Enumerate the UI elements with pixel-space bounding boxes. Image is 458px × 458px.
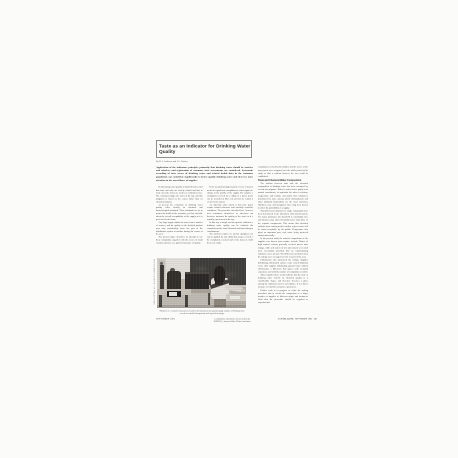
- footer-left: SEPTEMBER 1982: [156, 318, 186, 323]
- paragraph: In the present study the mineral composi…: [258, 237, 308, 258]
- column3-continued-paragraph: complaints received by the utilities and…: [258, 166, 308, 178]
- paragraph: An objection often raised is that taste …: [207, 204, 254, 222]
- abstract: Application of the indicators principle,…: [156, 166, 253, 183]
- photo-grain-overlay: [157, 258, 246, 308]
- body-column-2: From an epidemiological point of view it…: [207, 186, 254, 258]
- paragraph: From an epidemiological point of view it…: [207, 186, 254, 204]
- paragraph: In discussing water quality it should fi…: [156, 186, 203, 204]
- paragraph: Further work is in progress to refine th…: [258, 289, 308, 304]
- article-title-box: Taste as an Indicator for Drinking Water…: [156, 140, 252, 158]
- paragraph: Threshold concentrations for single comp…: [258, 209, 308, 236]
- paragraph: The relation between taste and the chemi…: [258, 182, 308, 209]
- scanned-page: Taste as an Indicator for Drinking Water…: [0, 0, 458, 458]
- paragraph: The method requires no special equipment…: [207, 233, 254, 245]
- paragraph: Chlorination also influenced the ratings…: [258, 258, 308, 273]
- photo-credit-vertical: PHOTOGRAPH COURTESY OF THE AUTHORS: [153, 259, 157, 307]
- footer-center: A contribution submitted to and selected…: [203, 318, 261, 325]
- paragraph: Taken together these results indicate th…: [258, 273, 308, 288]
- article-photo: [157, 258, 246, 308]
- body-column-1: In discussing water quality it should fi…: [156, 186, 203, 258]
- byline: By B. J. Anderson and J. L. Partner: [156, 160, 253, 165]
- paragraph: The present paper describes an attempt t…: [156, 236, 203, 245]
- article-title-line1: Taste as an Indicator for Drinking Water: [159, 143, 252, 149]
- paragraph: Any large supply obtains its water from …: [156, 221, 203, 236]
- column3-paragraphs: The relation between taste and the chemi…: [258, 182, 308, 304]
- body-column-3: complaints received by the utilities and…: [258, 166, 308, 315]
- paragraph: In this way a simple and inexpensive ind…: [207, 221, 254, 233]
- paragraph: At present the evaluation of drinking wa…: [156, 204, 203, 222]
- footer-center-line2: JOURNAL, American Water Works Associatio…: [203, 320, 261, 322]
- section-heading: Taste and Chemical Water Composition: [258, 179, 308, 182]
- article-title-line2: Quality: [159, 148, 252, 154]
- footer-right: JOURNAL AWWA · SEPTEMBER 1982 · 483: [274, 318, 317, 323]
- photo-caption: Members of a consumer taste panel at wor…: [157, 310, 247, 317]
